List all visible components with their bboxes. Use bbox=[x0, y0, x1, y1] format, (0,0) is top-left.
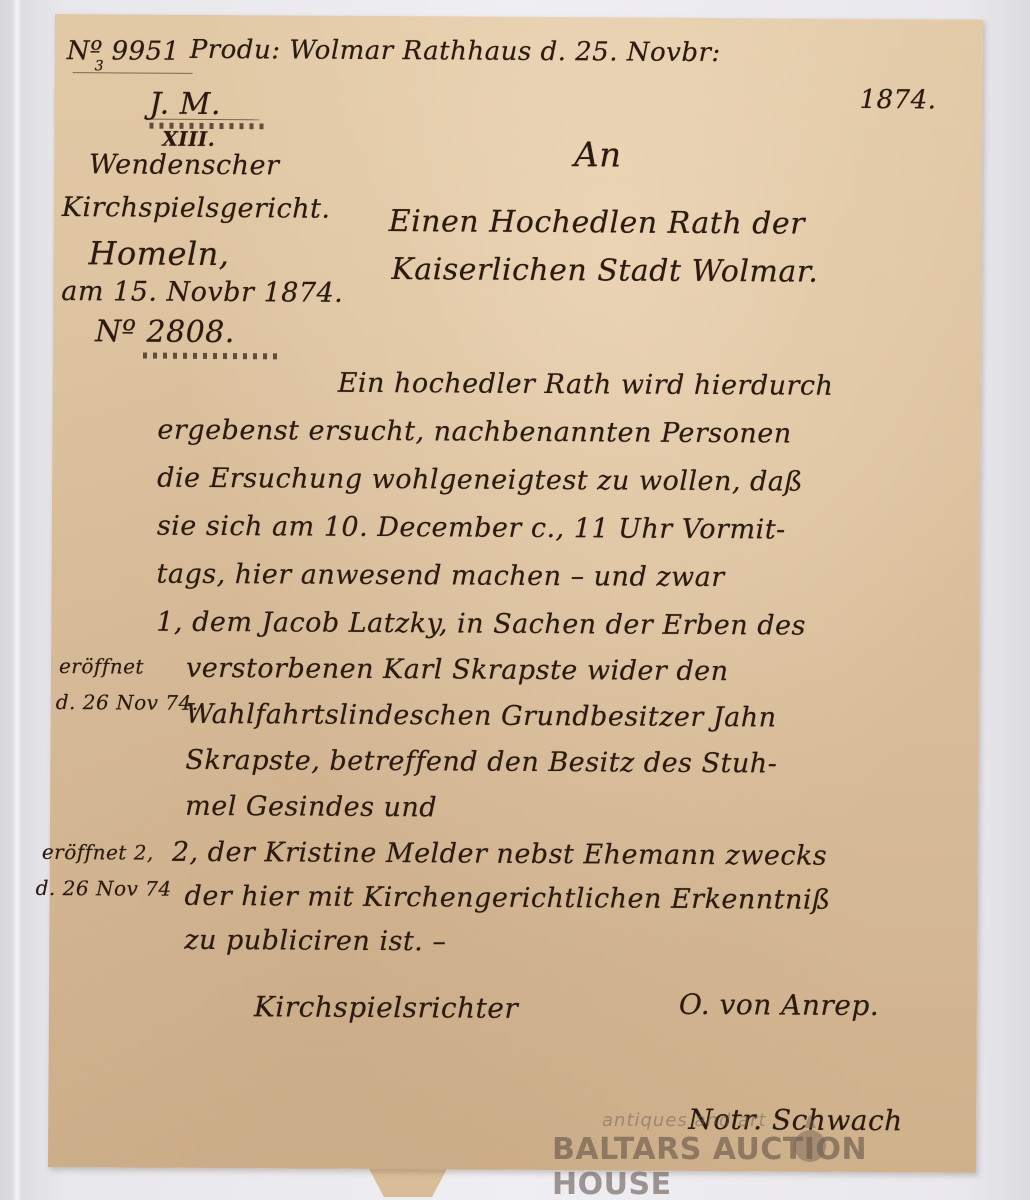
reference-number: Nº 9951 bbox=[67, 36, 180, 67]
signatory-title: Kirchspielsrichter bbox=[254, 990, 519, 1025]
sender-roman-numeral: XIII. bbox=[162, 127, 215, 151]
body-line-12: der hier mit Kirchengerichtlichen Erkenn… bbox=[185, 881, 831, 916]
address-line-2: Kaiserlichen Stadt Wolmar. bbox=[391, 252, 818, 290]
body-line-2: ergebenst ersucht, nachbenannten Persone… bbox=[157, 415, 791, 450]
body-line-10: mel Gesindes und bbox=[185, 791, 437, 824]
margin-note-2-line-1: eröffnet 2, bbox=[42, 840, 154, 865]
sender-line-4: am 15. Novbr 1874. bbox=[61, 276, 343, 309]
protective-sleeve-highlight bbox=[12, 0, 22, 1200]
body-line-7: verstorbenen Karl Skrapste wider den bbox=[186, 653, 729, 687]
header-year: 1874. bbox=[859, 85, 936, 115]
body-line-13: zu publiciren ist. – bbox=[184, 925, 446, 958]
number-underline bbox=[143, 353, 283, 360]
body-line-11: 2, der Kristine Melder nebst Ehemann zwe… bbox=[172, 837, 828, 872]
auction-house-logo-icon bbox=[792, 1114, 828, 1164]
body-line-9: Skrapste, betreffend den Besitz des Stuh… bbox=[185, 745, 777, 780]
paper-fold-tab bbox=[368, 1167, 448, 1197]
margin-note-1-line-1: eröffnet bbox=[59, 654, 144, 679]
sender-line-2: Kirchspielsgericht. bbox=[62, 192, 331, 225]
address-salutation: An bbox=[574, 135, 622, 175]
auction-house-watermark: antiques and art BALTARS AUCTION HOUSE bbox=[552, 1110, 962, 1170]
header-underline bbox=[73, 72, 193, 74]
letter-paper: Nº 9951 3 Produ: Wolmar Rathhaus d. 25. … bbox=[48, 14, 983, 1173]
body-line-1: Ein hochedler Rath wird hierdurch bbox=[338, 368, 834, 402]
margin-note-1-line-2: d. 26 Nov 74. bbox=[56, 690, 199, 715]
body-line-5: tags, hier anwesend machen – und zwar bbox=[156, 559, 724, 593]
body-line-6: 1, dem Jacob Latzky, in Sachen der Erben… bbox=[156, 607, 806, 642]
sender-number: Nº 2808. bbox=[95, 314, 235, 350]
sender-line-3: Homeln, bbox=[88, 234, 229, 273]
body-line-3: die Ersuchung wohlgeneigtest zu wollen, … bbox=[157, 463, 803, 498]
address-line-1: Einen Hochedlen Rath der bbox=[389, 204, 806, 242]
watermark-name: BALTARS AUCTION HOUSE bbox=[552, 1132, 962, 1200]
sender-line-1: Wendenscher bbox=[89, 149, 280, 181]
body-line-4: sie sich am 10. December c., 11 Uhr Vorm… bbox=[157, 511, 786, 546]
signatory-name: O. von Anrep. bbox=[679, 988, 879, 1022]
watermark-tagline: antiques and art bbox=[602, 1110, 767, 1131]
sender-initials: J. M. bbox=[149, 87, 221, 122]
body-line-8: Wahlfahrtslindeschen Grundbesitzer Jahn bbox=[186, 699, 777, 734]
margin-note-2-line-2: d. 26 Nov 74 bbox=[36, 876, 172, 901]
header-heading: Produ: Wolmar Rathhaus d. 25. Novbr: bbox=[190, 35, 721, 68]
